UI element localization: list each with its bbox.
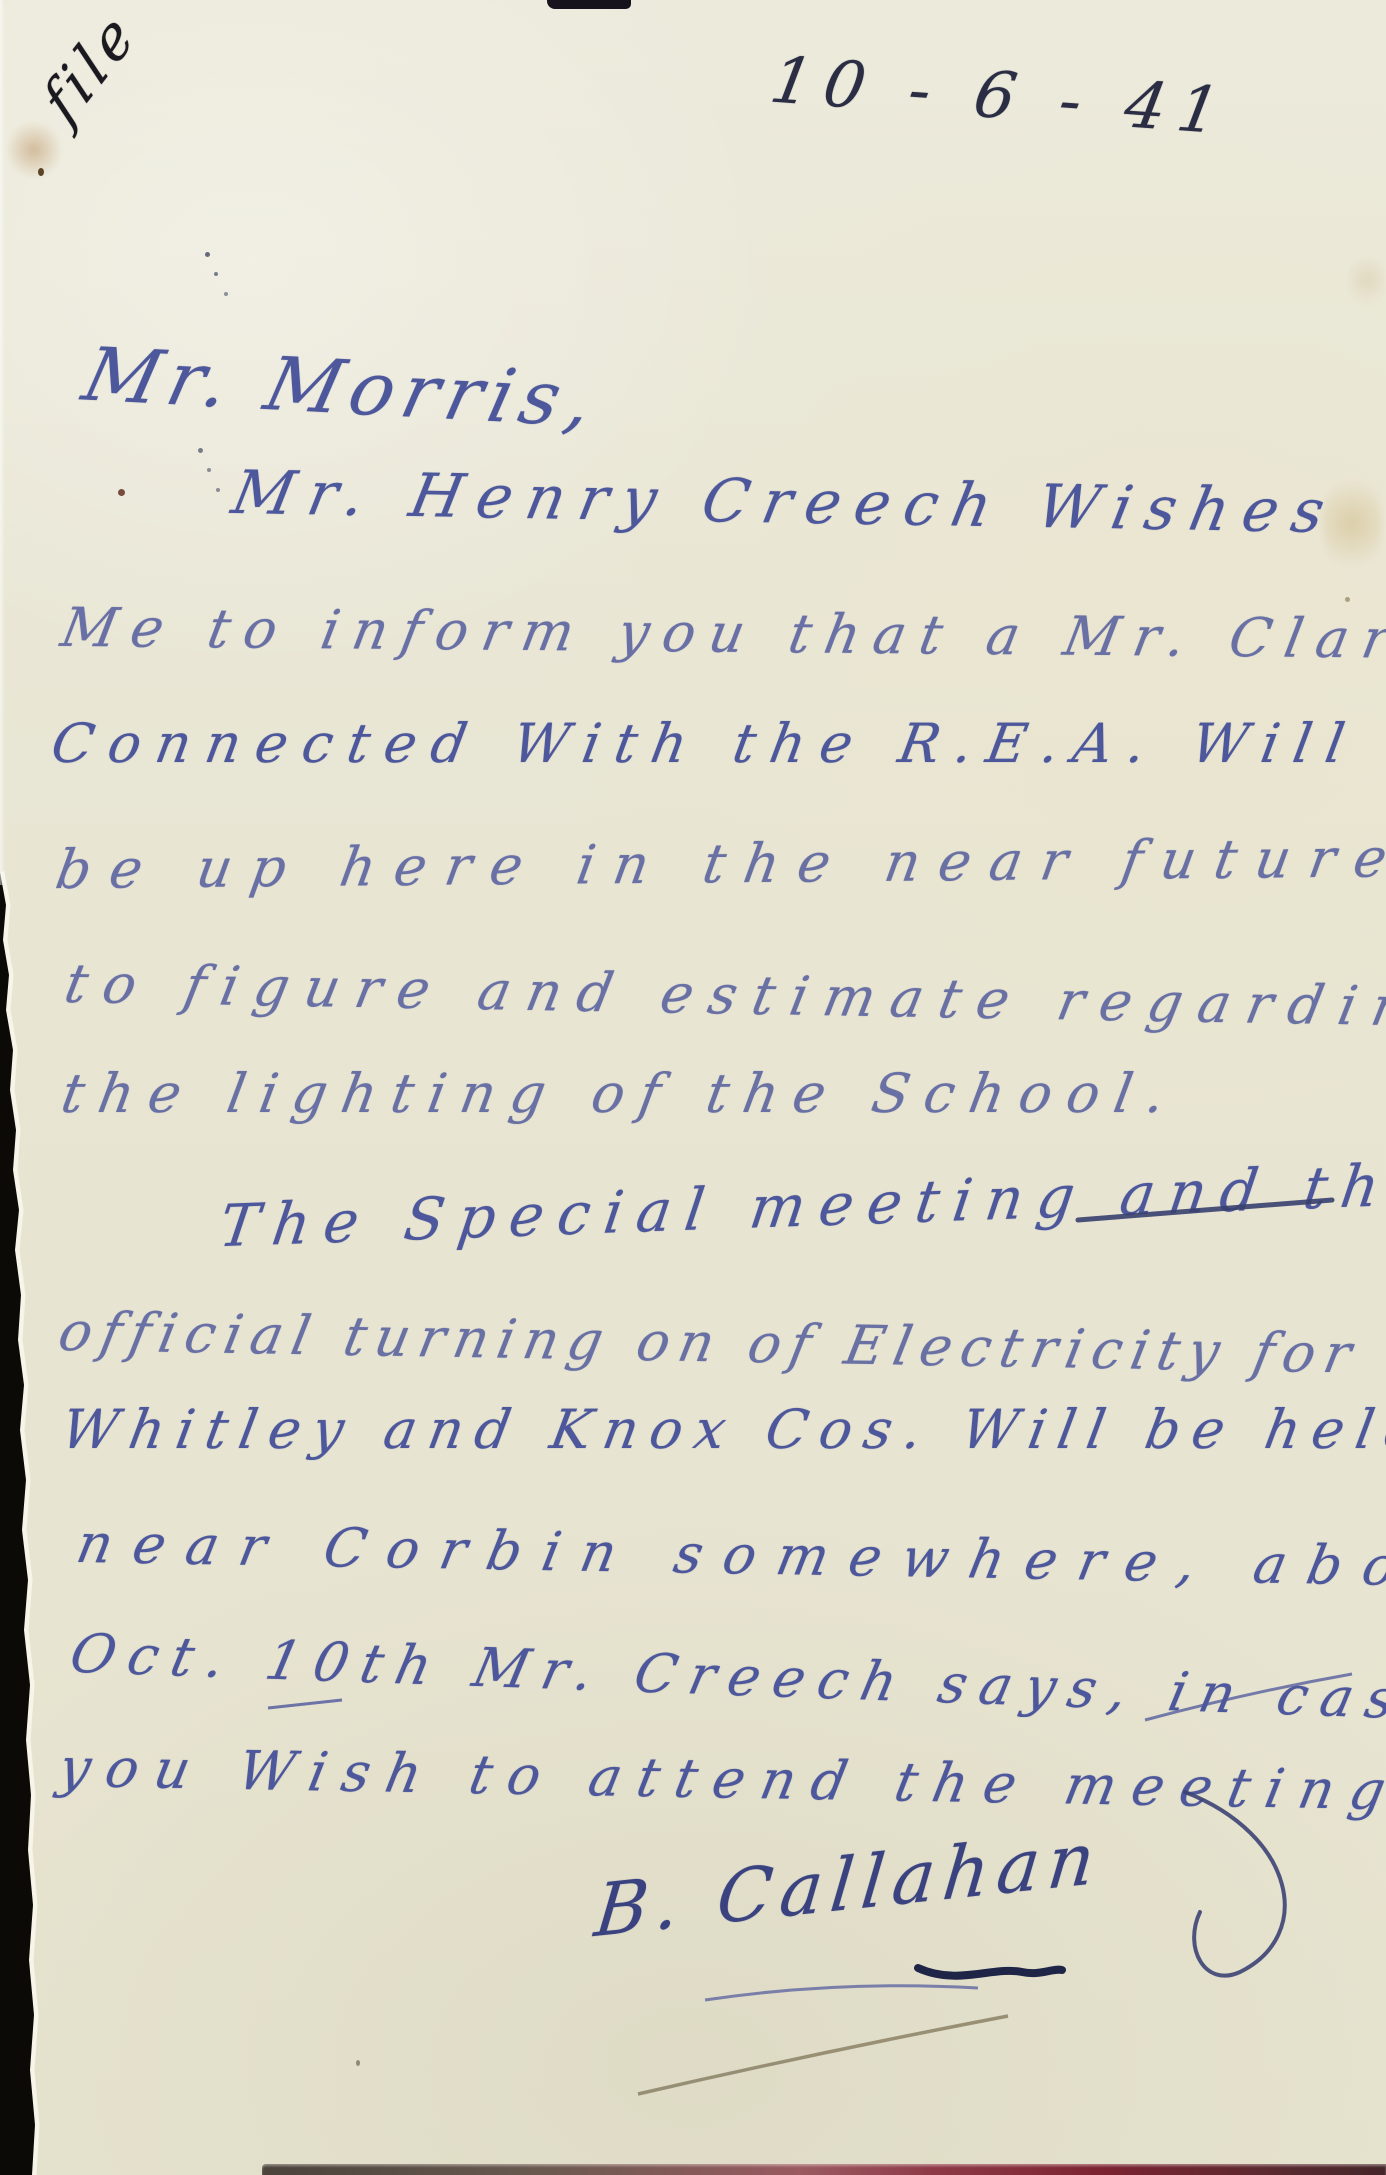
scan-artifact-bottom-band bbox=[262, 2164, 1386, 2175]
letter-line: be up here in the near future bbox=[51, 826, 1386, 901]
ink-speck bbox=[118, 489, 125, 496]
ink-speck bbox=[38, 168, 44, 176]
letter-line: the lighting of the School. bbox=[57, 1062, 1185, 1125]
scanned-letter-page: file 10 - 6 - 41 Mr. Morris, Mr. Henry C… bbox=[0, 0, 1386, 2175]
ink-speck bbox=[216, 488, 220, 492]
letter-line: Whitley and Knox Cos. Will be held bbox=[57, 1398, 1386, 1461]
ink-speck bbox=[198, 448, 203, 453]
letter-line: Me to inform you that a Mr. Clark bbox=[56, 596, 1386, 671]
ink-speck bbox=[1345, 597, 1350, 602]
scan-artifact-top bbox=[547, 0, 631, 9]
ink-speck bbox=[207, 468, 211, 472]
left-edge-highlight bbox=[0, 0, 5, 885]
ink-speck bbox=[356, 2060, 360, 2066]
ink-speck bbox=[224, 292, 228, 296]
letter-line: Connected With the R.E.A. Will bbox=[47, 712, 1364, 775]
ink-speck bbox=[214, 272, 218, 276]
ink-speck bbox=[205, 252, 210, 257]
